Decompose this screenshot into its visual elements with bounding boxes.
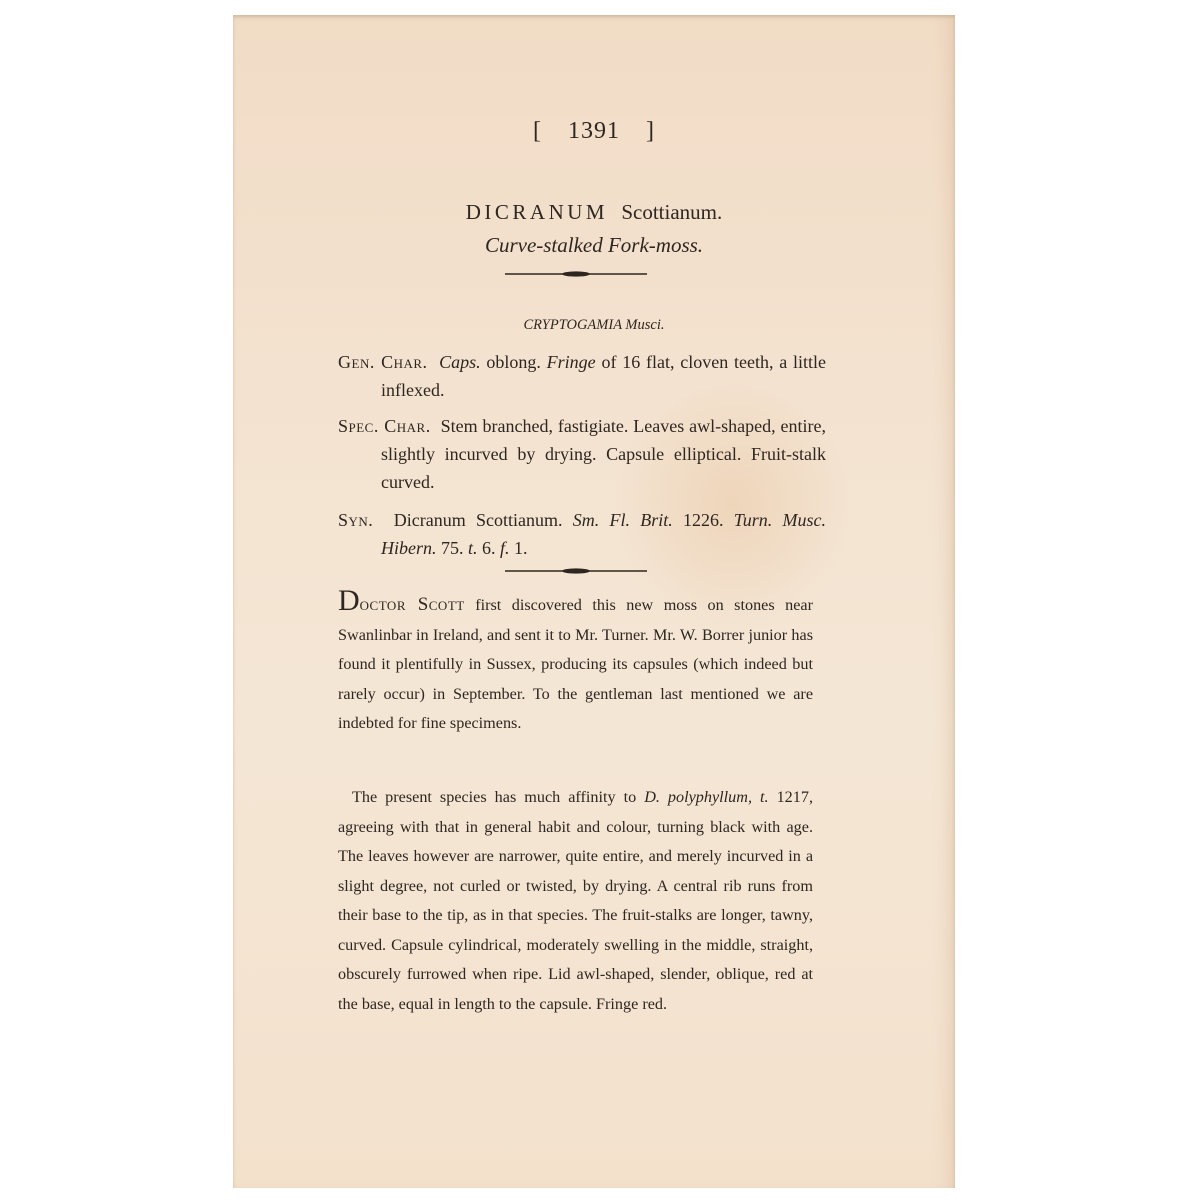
paragraph-1-text: first discovered this new moss on stones… [338, 596, 813, 732]
common-name: Curve-stalked Fork-moss. [233, 233, 955, 258]
gen-char-label: Gen. Char. [338, 352, 428, 372]
syn-t: t. [468, 538, 478, 558]
syn-num-4: 1. [510, 538, 528, 558]
syn-num-2: 75. [437, 538, 469, 558]
spec-char-label: Spec. Char. [338, 416, 431, 436]
syn-label: Syn. [338, 510, 373, 530]
gen-char-text: oblong. [481, 352, 547, 372]
bracket-close: ] [646, 118, 655, 145]
syn-num-3: 6. [478, 538, 501, 558]
book-page: [1391] DICRANUM Scottianum. Curve-stalke… [233, 15, 955, 1188]
syn-f: f. [500, 538, 510, 558]
page-number-value: 1391 [568, 118, 620, 144]
gen-char-fringe: Fringe [547, 352, 596, 372]
author-name: octor Scott [360, 594, 465, 615]
ornamental-divider-top [505, 270, 647, 278]
paragraph-discovery: Doctor Scott first discovered this new m… [338, 590, 813, 739]
paragraph-2-text: The present species has much affinity to [352, 788, 644, 806]
species-title: DICRANUM Scottianum. [233, 200, 955, 225]
gen-char-caps: Caps. [439, 352, 481, 372]
paragraph-description: The present species has much affinity to… [338, 783, 813, 1019]
spec-char-text: Stem branched, fastigiate. Leaves awl-sh… [381, 416, 826, 492]
dropcap: D [338, 584, 360, 617]
species-reference: D. polyphyllum, [644, 788, 752, 806]
page-number: [1391] [233, 118, 955, 145]
ornamental-divider-bottom [505, 567, 647, 575]
generic-character: Gen. Char. Caps. oblong. Fringe of 16 fl… [338, 348, 826, 404]
species-name: Scottianum. [621, 200, 722, 224]
classification: CRYPTOGAMIA Musci. [233, 317, 955, 334]
spacer [752, 788, 760, 806]
syn-ref-1: Sm. Fl. Brit. [573, 510, 673, 530]
genus-name: DICRANUM [466, 200, 608, 224]
specific-character: Spec. Char. Stem branched, fastigiate. L… [338, 412, 826, 496]
syn-num: 1226. [673, 510, 734, 530]
plate-ref: t. [760, 788, 769, 806]
paragraph-2-text-2: 1217, agreeing with that in general habi… [338, 788, 813, 1013]
syn-text: Dicranum Scottianum. [394, 510, 573, 530]
synonymy: Syn. Dicranum Scottianum. Sm. Fl. Brit. … [338, 506, 826, 562]
bracket-open: [ [533, 118, 542, 145]
